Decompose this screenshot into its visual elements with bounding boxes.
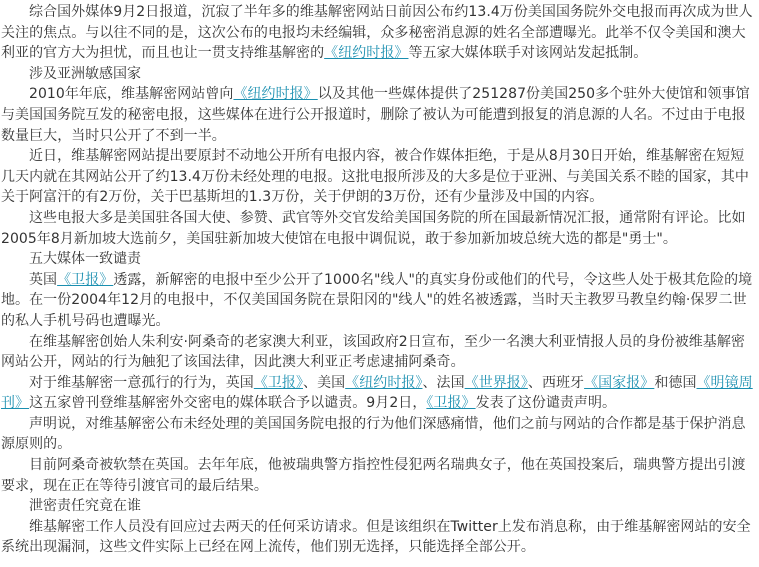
paragraph: 目前阿桑奇被软禁在英国。去年年底，他被瑞典警方指控性侵犯两名瑞典女子，他在英国投… (1, 455, 757, 496)
publication-link[interactable]: 《纽约时报》 (345, 375, 422, 391)
publication-link[interactable]: 《世界报》 (465, 375, 528, 391)
publication-link[interactable]: 《卫报》 (254, 375, 303, 391)
text-run: 五大媒体一致谴责 (29, 251, 141, 267)
text-run: 、西班牙 (528, 375, 584, 391)
text-run: 声明说，对维基解密公布未经处理的美国国务院电报的行为他们深感痛惜，他们之前与网站… (1, 416, 746, 453)
text-run: 透露，新解密的电报中至少公开了1000名"线人"的真实身份或他们的代号，令这些人… (1, 272, 752, 329)
paragraph: 维基解密工作人员没有回应过去两天的任何采访请求。但是该组织在Twitter上发布… (1, 517, 757, 558)
publication-link[interactable]: 《纽约时报》 (233, 86, 317, 102)
section-heading: 泄密责任究竟在谁 (1, 496, 757, 517)
paragraph: 在维基解密创始人朱利安·阿桑奇的老家澳大利亚，该国政府2日宣布，至少一名澳大利亚… (1, 332, 757, 373)
text-run: 、美国 (303, 375, 345, 391)
text-run: 在维基解密创始人朱利安·阿桑奇的老家澳大利亚，该国政府2日宣布，至少一名澳大利亚… (1, 334, 745, 371)
paragraph: 这些电报大多是美国驻各国大使、参赞、武官等外交官发给美国国务院的所在国最新情况汇… (1, 208, 757, 249)
text-run: 发表了这份谴责声明。 (476, 395, 617, 411)
paragraph: 声明说，对维基解密公布未经处理的美国国务院电报的行为他们深感痛惜，他们之前与网站… (1, 414, 757, 455)
text-run: 泄密责任究竟在谁 (29, 498, 141, 514)
publication-link[interactable]: 《卫报》 (57, 272, 113, 288)
section-heading: 五大媒体一致谴责 (1, 249, 757, 270)
paragraph: 对于维基解密一意孤行的行为，英国《卫报》、美国《纽约时报》、法国《世界报》、西班… (1, 373, 757, 414)
text-run: 等五家大媒体联手对该网站发起抵制。 (408, 45, 647, 61)
text-run: 涉及亚洲敏感国家 (29, 66, 141, 82)
text-run: 目前阿桑奇被软禁在英国。去年年底，他被瑞典警方指控性侵犯两名瑞典女子，他在英国投… (1, 457, 746, 494)
section-heading: 涉及亚洲敏感国家 (1, 64, 757, 85)
text-run: 这五家曾刊登维基解密外交密电的媒体联合予以谴责。9月2日， (29, 395, 426, 411)
text-run: 维基解密工作人员没有回应过去两天的任何采访请求。但是该组织在Twitter上发布… (1, 519, 751, 556)
text-run: 这些电报大多是美国驻各国大使、参赞、武官等外交官发给美国国务院的所在国最新情况汇… (1, 210, 746, 247)
text-run: 近日，维基解密网站提出要原封不动地公开所有电报内容，被合作媒体拒绝，于是从8月3… (1, 148, 749, 205)
text-run: 对于维基解密一意孤行的行为，英国 (29, 375, 254, 391)
paragraph: 近日，维基解密网站提出要原封不动地公开所有电报内容，被合作媒体拒绝，于是从8月3… (1, 146, 757, 208)
text-run: 和德国 (654, 375, 696, 391)
text-run: 2010年年底，维基解密网站曾向 (29, 86, 233, 102)
article-body: 综合国外媒体9月2日报道，沉寂了半年多的维基解密网站日前因公布约13.4万份美国… (0, 0, 759, 558)
paragraph: 英国《卫报》透露，新解密的电报中至少公开了1000名"线人"的真实身份或他们的代… (1, 270, 757, 332)
text-run: 、法国 (422, 375, 464, 391)
paragraph: 2010年年底，维基解密网站曾向《纽约时报》以及其他一些媒体提供了251287份… (1, 84, 757, 146)
paragraph: 综合国外媒体9月2日报道，沉寂了半年多的维基解密网站日前因公布约13.4万份美国… (1, 2, 757, 64)
publication-link[interactable]: 《纽约时报》 (324, 45, 408, 61)
publication-link[interactable]: 《国家报》 (584, 375, 654, 391)
publication-link[interactable]: 《卫报》 (426, 395, 475, 411)
text-run: 英国 (29, 272, 57, 288)
